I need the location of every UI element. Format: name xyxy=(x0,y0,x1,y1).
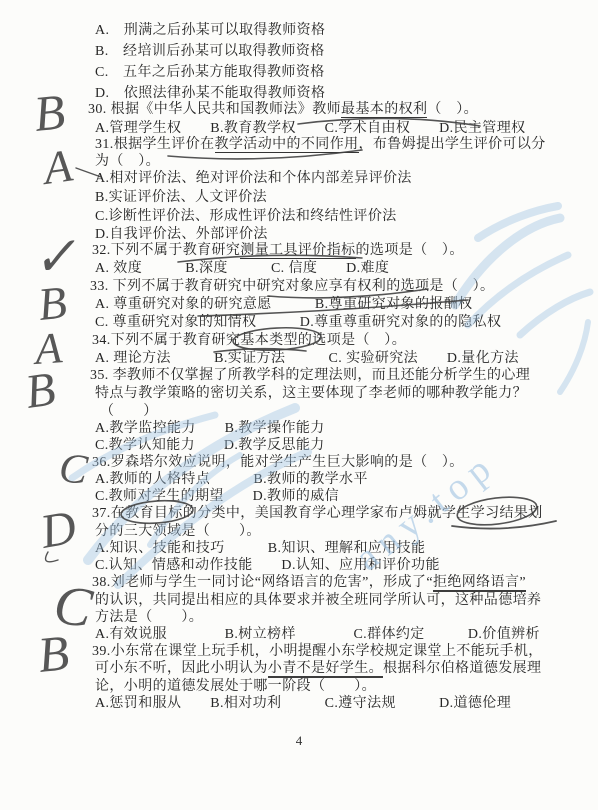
scanned-exam-page: A. 刑满之后孙某可以取得教师资格B. 经培训后孙某可以取得教师资格C. 五年之… xyxy=(0,0,598,810)
text-segment: 34.下列不属于教育研究基本类型的选项是（ ）。 xyxy=(92,333,406,348)
text-segment: A.教师的人格特点 B.教师的教学水平 xyxy=(95,472,368,487)
text-segment: A. 理论方法 B.实证方法 C. 实验研究法 D.量化方法 xyxy=(95,351,519,366)
handwritten-stroke xyxy=(46,552,58,562)
text-line: A.惩罚和服从 B.相对功利 C.遵守法规 D.道德伦理 xyxy=(95,695,511,712)
text-segment: C.教师对学生的期望 D.教师的威信 xyxy=(95,489,339,504)
text-line: A. 尊重研究对象的研究意愿 B.尊重研究对象的报酬权 xyxy=(95,296,473,313)
hand-underlined-text: 拒绝网络语言” xyxy=(433,575,526,592)
handwritten-answer-mark: D xyxy=(36,501,80,559)
text-segment: 31.根据学生评价在 xyxy=(95,137,215,152)
hand-underlined-text: 小青不是好学生。 xyxy=(268,661,383,678)
text-line: B. 经培训后孙某可以取得教师资格 xyxy=(95,43,325,60)
text-segment: 33. 下列不属于教育研究中研究对象应享有权利的选项是（ ）。 xyxy=(90,279,494,294)
text-segment: 37.在教育目标的分类中，美国教育学心理学家布卢姆就学生学习结果划 xyxy=(92,506,543,521)
handwritten-stroke xyxy=(452,521,556,529)
text-line: 36.罗森塔尔效应说明，能对学生产生巨大影响的是（ ）。 xyxy=(92,454,464,471)
text-segment: A.管理学生权 B.教育教学权 C.学术自由权 D.民主管理权 xyxy=(95,121,526,136)
text-segment: 方法是（ ）。 xyxy=(95,610,203,625)
handwritten-answer-mark: A xyxy=(37,139,76,194)
text-line: C. 尊重研究对象的知情权 D.尊重尊重研究对象的的隐私权 xyxy=(95,314,501,331)
text-segment: 35. 李教师不仅掌握了所教学科的定理法则，而且还能分析学生的心理 xyxy=(90,368,530,383)
text-line: 37.在教育目标的分类中，美国教育学心理学家布卢姆就学生学习结果划 xyxy=(92,505,543,522)
text-line: C.诊断性评价法、形成性评价法和终结性评价法 xyxy=(95,208,397,225)
text-segment: B.实证评价法、人文评价法 xyxy=(95,190,267,205)
text-line: 论，小明的道德发展处于哪一阶段（ ）。 xyxy=(95,678,376,695)
text-line: A.有效说服 B.树立榜样 C.群体约定 D.价值辨析 xyxy=(95,626,540,643)
text-segment: C.认知、情感和动作技能 D.认知、应用和评价功能 xyxy=(95,558,440,573)
text-segment: （ ）。 xyxy=(427,102,478,117)
text-line: C.认知、情感和动作技能 D.认知、应用和评价功能 xyxy=(95,557,440,574)
text-line: 30. 根据《中华人民共和国教师法》教师最基本的权利（ ）。 xyxy=(88,101,478,118)
text-line: 特点与教学策略的密切关系，这主要体现了李老师的哪种教学能力？ xyxy=(95,385,527,402)
text-segment: 特点与教学策略的密切关系，这主要体现了李老师的哪种教学能力？ xyxy=(95,386,527,401)
watermark-stroke xyxy=(478,206,558,238)
text-line: A.知识、技能和技巧 B.知识、理解和应用技能 xyxy=(95,540,425,557)
text-segment: 30. 根据《中华人民共和国教师法》教师 xyxy=(88,102,341,117)
text-line: 的认识，共同提出相应的具体要求并被全班同学所认可，这种品德培养 xyxy=(95,592,541,609)
text-line: A. 效度 B.深度 C. 信度 D.难度 xyxy=(95,260,389,277)
text-segment: A.知识、技能和技巧 B.知识、理解和应用技能 xyxy=(95,541,425,556)
text-segment: 39.小东常在课堂上玩手机，小明提醒小东学校规定课堂上不能玩手机， xyxy=(92,644,543,659)
text-segment: A.教学监控能力 B.教学操作能力 xyxy=(95,421,325,436)
text-line: 34.下列不属于教育研究基本类型的选项是（ ）。 xyxy=(92,332,406,349)
text-line: 38.刘老师与学生一同讨论“网络语言的危害”，形成了“拒绝网络语言” xyxy=(92,574,526,591)
text-line: 31.根据学生评价在教学活动中的不同作用，布鲁姆提出学生评价可以分 xyxy=(95,136,546,153)
text-line: A.教学监控能力 B.教学操作能力 xyxy=(95,420,325,437)
printed-underlined-text: 最基本的权利 xyxy=(341,102,427,118)
handwritten-answer-mark: A xyxy=(30,323,64,374)
text-line: C.教师对学生的期望 D.教师的威信 xyxy=(95,488,339,505)
printed-underlined-text: 测量工具评价指标 xyxy=(240,243,355,259)
text-segment: 根据科尔伯格道德发展理 xyxy=(383,661,541,676)
text-segment: ，布鲁姆提出学生评价可以分 xyxy=(359,137,546,152)
text-line: A. 刑满之后孙某可以取得教师资格 xyxy=(95,22,325,39)
text-segment: 分的三大领域是（ ）。 xyxy=(95,524,261,539)
text-line: 33. 下列不属于教育研究中研究对象应享有权利的选项是（ ）。 xyxy=(90,278,494,295)
text-line: 32.下列不属于教育研究测量工具评价指标的选项是（ ）。 xyxy=(92,242,464,259)
handwritten-answer-mark: C xyxy=(50,573,96,640)
handwritten-answer-mark: ✓ xyxy=(31,228,78,288)
watermark-stroke xyxy=(520,292,590,335)
text-segment: C. 尊重研究对象的知情权 D.尊重尊重研究对象的的隐私权 xyxy=(95,315,501,330)
text-segment: 的认识，共同提出相应的具体要求并被全班同学所认可，这种品德培养 xyxy=(95,593,541,608)
text-segment: 可小东不听，因此小明认为 xyxy=(95,661,268,676)
text-segment: A.相对评价法、绝对评价法和个体内部差异评价法 xyxy=(95,171,412,186)
handwritten-answer-mark: B xyxy=(22,362,58,419)
text-segment: 论，小明的道德发展处于哪一阶段（ ）。 xyxy=(95,679,376,694)
text-segment: 32.下列不属于教育研究 xyxy=(92,243,240,258)
text-segment: C.教学认知能力 D.教学反思能力 xyxy=(95,438,325,453)
text-line: A.管理学生权 B.教育教学权 C.学术自由权 D.民主管理权 xyxy=(95,120,526,137)
text-line: 35. 李教师不仅掌握了所教学科的定理法则，而且还能分析学生的心理 xyxy=(90,367,530,384)
text-segment: D.自我评价法、外部评价法 xyxy=(95,227,268,242)
text-line: A.相对评价法、绝对评价法和个体内部差异评价法 xyxy=(95,170,412,187)
text-line: 为（ ）。 xyxy=(95,153,160,170)
text-segment: C. 五年之后孙某方能取得教师资格 xyxy=(95,65,325,80)
handwritten-answer-mark: B xyxy=(31,83,67,142)
text-line: C. 五年之后孙某方能取得教师资格 xyxy=(95,64,325,81)
handwritten-answer-mark: C xyxy=(57,445,91,494)
text-line: D. 依照法律孙某不能取得教师资格 xyxy=(95,85,325,102)
text-segment: 为（ ）。 xyxy=(95,154,160,169)
handwritten-answer-mark: B xyxy=(36,276,69,330)
handwritten-answer-mark: B xyxy=(35,624,71,683)
text-line: D.自我评价法、外部评价法 xyxy=(95,226,268,243)
watermark-stroke xyxy=(560,322,588,392)
text-segment: D. 依照法律孙某不能取得教师资格 xyxy=(95,86,325,101)
printed-underlined-text: 教学活动中的不同作用 xyxy=(215,137,359,153)
text-segment: A.惩罚和服从 B.相对功利 C.遵守法规 D.道德伦理 xyxy=(95,696,511,711)
page-number: 4 xyxy=(0,733,598,749)
text-line: C.教学认知能力 D.教学反思能力 xyxy=(95,437,325,454)
text-segment: 38.刘老师与学生一同讨论“网络语言的危害”，形成了“ xyxy=(92,575,433,590)
text-line: 39.小东常在课堂上玩手机，小明提醒小东学校规定课堂上不能玩手机， xyxy=(92,643,543,660)
text-segment: A. 尊重研究对象的研究意愿 B.尊重研究对象的报酬权 xyxy=(95,297,473,312)
text-segment: A. 效度 B.深度 C. 信度 D.难度 xyxy=(95,261,389,276)
text-segment: 36.罗森塔尔效应说明，能对学生产生巨大影响的是（ ）。 xyxy=(92,455,464,470)
text-line: A. 理论方法 B.实证方法 C. 实验研究法 D.量化方法 xyxy=(95,350,519,367)
text-line: 分的三大领域是（ ）。 xyxy=(95,523,261,540)
text-line: A.教师的人格特点 B.教师的教学水平 xyxy=(95,471,368,488)
text-segment: A.有效说服 B.树立榜样 C.群体约定 D.价值辨析 xyxy=(95,627,540,642)
text-segment: （ ） xyxy=(100,404,158,419)
text-line: （ ） xyxy=(100,403,158,420)
text-segment: 的选项是（ ）。 xyxy=(356,243,464,258)
text-line: 方法是（ ）。 xyxy=(95,609,203,626)
text-segment: B. 经培训后孙某可以取得教师资格 xyxy=(95,44,325,59)
text-line: 可小东不听，因此小明认为小青不是好学生。根据科尔伯格道德发展理 xyxy=(95,660,541,677)
text-segment: A. 刑满之后孙某可以取得教师资格 xyxy=(95,23,325,38)
text-segment: C.诊断性评价法、形成性评价法和终结性评价法 xyxy=(95,209,397,224)
text-line: B.实证评价法、人文评价法 xyxy=(95,189,267,206)
